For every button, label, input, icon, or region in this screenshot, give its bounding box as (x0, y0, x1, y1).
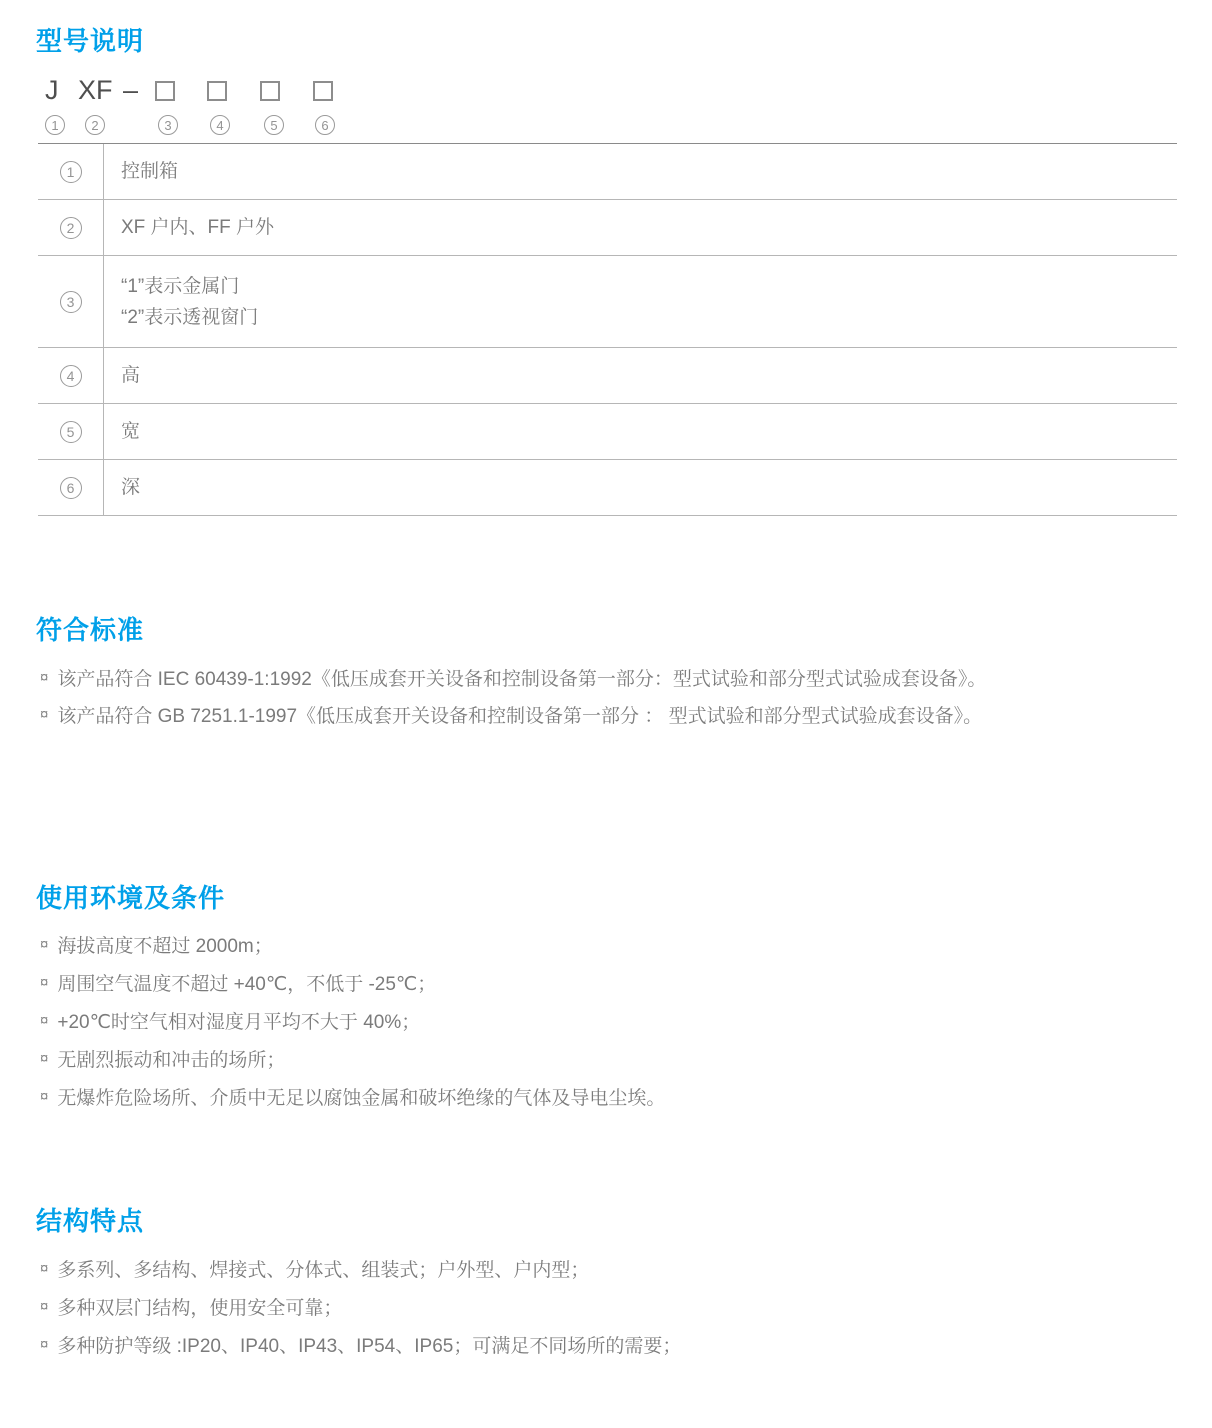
structure-features-list: ¤多系列、多结构、焊接式、分体式、组装式；户外型、户内型；¤多种双层门结构，使用… (40, 1249, 681, 1363)
circled-index-3: 3 (158, 115, 178, 135)
table-description-line: “2”表示透视窗门 (121, 302, 1177, 333)
list-item: ¤多种防护等级 :IP20、IP40、IP43、IP54、IP65；可满足不同场… (40, 1325, 681, 1363)
bullet-marker-icon: ¤ (40, 706, 48, 723)
circled-index-5: 5 (60, 421, 82, 443)
table-cell-description: 宽 (104, 404, 1177, 459)
bullet-marker-icon: ¤ (40, 1336, 48, 1353)
list-item-text: 海拔高度不超过 2000m； (57, 931, 272, 958)
model-placeholder-box (155, 81, 175, 101)
bullet-marker-icon: ¤ (40, 1050, 48, 1067)
table-cell-description: XF 户内、FF 户外 (104, 200, 1177, 255)
list-item-text: 该产品符合 IEC 60439-1:1992《低压成套开关设备和控制设备第一部分… (57, 664, 986, 691)
circled-index-2: 2 (60, 217, 82, 239)
bullet-marker-icon: ¤ (40, 936, 48, 953)
list-item: ¤该产品符合 GB 7251.1-1997《低压成套开关设备和控制设备第一部分 … (40, 696, 986, 733)
table-description-line: XF 户内、FF 户外 (121, 212, 1177, 243)
circled-index-3: 3 (60, 291, 82, 313)
model-prefix-letters-xf: XF (78, 74, 113, 106)
circled-index-1: 1 (60, 161, 82, 183)
circled-index-1: 1 (45, 115, 65, 135)
table-row: 1控制箱 (38, 144, 1177, 200)
list-item: ¤无剧烈振动和冲击的场所； (40, 1039, 665, 1077)
table-description-line: “1”表示金属门 (121, 271, 1177, 302)
catalog-page: 型号说明 JXF–123456 1控制箱2XF 户内、FF 户外3“1”表示金属… (0, 0, 1212, 1428)
circled-index-6: 6 (315, 115, 335, 135)
model-code-diagram: JXF–123456 (38, 74, 458, 138)
bullet-marker-icon: ¤ (40, 1088, 48, 1105)
table-row: 2XF 户内、FF 户外 (38, 200, 1177, 256)
list-item: ¤+20℃时空气相对湿度月平均不大于 40%； (40, 1001, 665, 1039)
bullet-marker-icon: ¤ (40, 669, 48, 686)
circled-index-2: 2 (85, 115, 105, 135)
bullet-marker-icon: ¤ (40, 1260, 48, 1277)
circled-index-6: 6 (60, 477, 82, 499)
table-cell-index: 5 (38, 404, 104, 459)
bullet-marker-icon: ¤ (40, 1298, 48, 1315)
table-cell-index: 6 (38, 460, 104, 515)
environment-conditions-list: ¤海拔高度不超过 2000m；¤周围空气温度不超过 +40℃，不低于 -25℃；… (40, 925, 665, 1115)
model-prefix-letter-j: J (45, 74, 59, 106)
list-item: ¤多种双层门结构，使用安全可靠； (40, 1287, 681, 1325)
model-dash: – (123, 74, 138, 106)
table-cell-index: 3 (38, 256, 104, 347)
list-item-text: 该产品符合 GB 7251.1-1997《低压成套开关设备和控制设备第一部分 ：… (57, 701, 982, 728)
list-item-text: 多种防护等级 :IP20、IP40、IP43、IP54、IP65；可满足不同场所… (57, 1331, 681, 1358)
list-item-text: 无爆炸危险场所、介质中无足以腐蚀金属和破坏绝缘的气体及导电尘埃。 (57, 1083, 665, 1110)
list-item-text: 无剧烈振动和冲击的场所； (57, 1045, 285, 1072)
table-row: 5宽 (38, 404, 1177, 460)
list-item: ¤无爆炸危险场所、介质中无足以腐蚀金属和破坏绝缘的气体及导电尘埃。 (40, 1077, 665, 1115)
table-row: 4高 (38, 348, 1177, 404)
table-description-line: 深 (121, 472, 1177, 503)
table-cell-index: 2 (38, 200, 104, 255)
list-item-text: 多种双层门结构，使用安全可靠； (57, 1293, 342, 1320)
table-description-line: 高 (121, 360, 1177, 391)
list-item: ¤多系列、多结构、焊接式、分体式、组装式；户外型、户内型； (40, 1249, 681, 1287)
model-placeholder-box (313, 81, 333, 101)
list-item-text: +20℃时空气相对湿度月平均不大于 40%； (57, 1007, 420, 1034)
bullet-marker-icon: ¤ (40, 1012, 48, 1029)
standards-list: ¤该产品符合 IEC 60439-1:1992《低压成套开关设备和控制设备第一部… (40, 659, 986, 733)
circled-index-4: 4 (210, 115, 230, 135)
table-cell-index: 4 (38, 348, 104, 403)
table-row: 6深 (38, 460, 1177, 516)
section-title-standards: 符合标准 (36, 615, 144, 645)
table-description-line: 宽 (121, 416, 1177, 447)
model-placeholder-box (207, 81, 227, 101)
list-item: ¤周围空气温度不超过 +40℃，不低于 -25℃； (40, 963, 665, 1001)
table-description-line: 控制箱 (121, 156, 1177, 187)
table-cell-description: 高 (104, 348, 1177, 403)
list-item-text: 多系列、多结构、焊接式、分体式、组装式；户外型、户内型； (57, 1255, 589, 1282)
model-legend-table: 1控制箱2XF 户内、FF 户外3“1”表示金属门“2”表示透视窗门4高5宽6深 (38, 143, 1177, 516)
section-title-structure-features: 结构特点 (36, 1206, 144, 1236)
model-placeholder-box (260, 81, 280, 101)
section-title-model: 型号说明 (36, 26, 144, 56)
table-row: 3“1”表示金属门“2”表示透视窗门 (38, 256, 1177, 348)
list-item: ¤海拔高度不超过 2000m； (40, 925, 665, 963)
table-cell-description: 控制箱 (104, 144, 1177, 199)
table-cell-description: 深 (104, 460, 1177, 515)
table-cell-index: 1 (38, 144, 104, 199)
circled-index-4: 4 (60, 365, 82, 387)
circled-index-5: 5 (264, 115, 284, 135)
table-cell-description: “1”表示金属门“2”表示透视窗门 (104, 256, 1177, 347)
list-item: ¤该产品符合 IEC 60439-1:1992《低压成套开关设备和控制设备第一部… (40, 659, 986, 696)
bullet-marker-icon: ¤ (40, 974, 48, 991)
list-item-text: 周围空气温度不超过 +40℃，不低于 -25℃； (57, 969, 436, 996)
section-title-environment: 使用环境及条件 (36, 883, 225, 913)
